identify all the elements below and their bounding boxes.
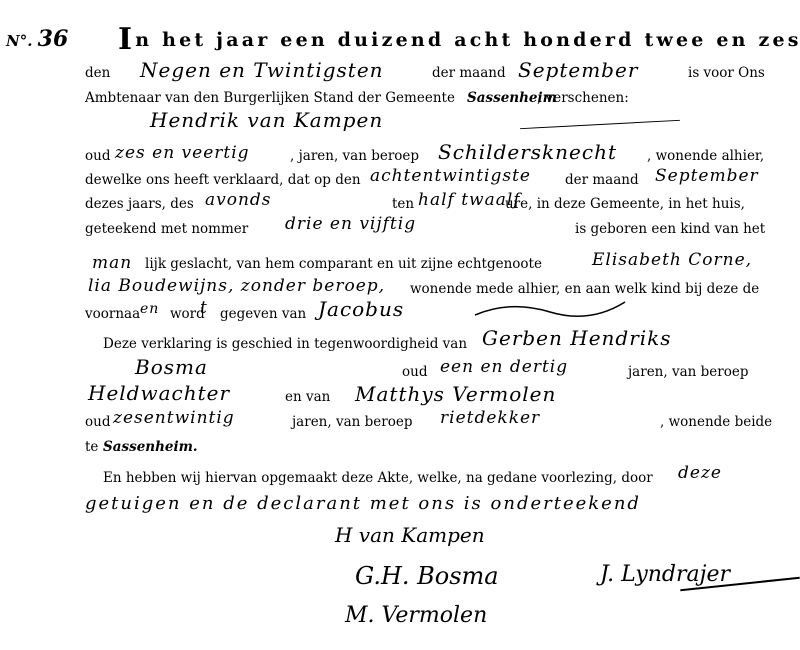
printed-den: den — [85, 65, 110, 81]
handwritten-witness1-occupation: Heldwachter — [88, 381, 230, 405]
printed-jaren-beroep-3: jaren, van beroep — [292, 414, 412, 430]
printed-voornaam: voornaa — [85, 306, 140, 322]
printed-wonende-beide: , wonende beide — [660, 414, 772, 430]
printed-deze-verklaring: Deze verklaring is geschied in tegenwoor… — [103, 336, 467, 352]
printed-oud: oud — [85, 148, 110, 164]
handwritten-declarant-age: zes en veertig — [115, 143, 250, 163]
title-text: n het jaar een duizend acht honderd twee… — [135, 29, 800, 51]
printed-geslacht: lijk geslacht, van hem comparant en uit … — [145, 256, 542, 272]
document-title: In het jaar een duizend acht honderd twe… — [118, 22, 800, 57]
record-number: N°. 36 — [6, 26, 68, 52]
signature-witness1: G.H. Bosma — [355, 562, 499, 590]
handwritten-mother-name-cont: lia Boudewijns, zonder beroep, — [88, 276, 385, 296]
printed-oud-3: oud — [85, 414, 110, 430]
flourish — [470, 300, 630, 320]
municipality-name-2: Sassenheim. — [103, 439, 198, 455]
printed-wonende-mede: wonende mede alhier, en aan welk kind bi… — [410, 281, 759, 297]
printed-verschenen: , verschenen: — [537, 90, 629, 106]
printed-jaren-beroep: , jaren, van beroep — [290, 148, 419, 164]
handwritten-witness2-age: zesentwintig — [113, 408, 235, 428]
handwritten-birth-month: September — [655, 166, 759, 186]
title-initial: I — [118, 22, 135, 57]
signature-witness2: M. Vermolen — [345, 603, 487, 628]
handwritten-closing: getuigen en de declarant met ons is onde… — [85, 493, 641, 514]
handwritten-house-number: drie en vijftig — [285, 214, 416, 234]
printed-is-geboren: is geboren een kind van het — [575, 221, 765, 237]
printed-ure-gemeente: ure, in deze Gemeente, in het huis, — [505, 196, 745, 212]
handwritten-mother-name: Elisabeth Corne, — [592, 250, 752, 270]
handwritten-witness1-surname: Bosma — [135, 355, 208, 379]
printed-der-maand: der maand — [432, 65, 506, 81]
handwritten-sex: man — [92, 253, 132, 273]
handwritten-birth-day: achtentwintigste — [370, 166, 531, 186]
printed-jaren-beroep-2: jaren, van beroep — [628, 364, 748, 380]
handwritten-deze: deze — [678, 463, 722, 483]
signature-official: J. Lyndrajer — [600, 562, 730, 587]
printed-te: te — [85, 439, 98, 455]
printed-dewelke: dewelke ons heeft verklaard, dat op den — [85, 172, 361, 188]
handwritten-declarant-occupation: Schildersknecht — [438, 140, 617, 164]
signature-declarant: H van Kampen — [335, 523, 485, 547]
printed-en-hebben: En hebben wij hiervan opgemaakt deze Akt… — [103, 470, 653, 486]
printed-gegeven-van: gegeven van — [220, 306, 306, 322]
handwritten-witness1-name: Gerben Hendriks — [482, 326, 672, 350]
printed-ten: ten — [392, 196, 414, 212]
printed-der-maand-2: der maand — [565, 172, 639, 188]
handwritten-day: Negen en Twintigsten — [140, 58, 384, 82]
handwritten-en: en — [140, 301, 159, 317]
handwritten-witness2-name: Matthys Vermolen — [355, 382, 556, 406]
printed-geteekend: geteekend met nommer — [85, 221, 248, 237]
printed-dezes-jaars: dezes jaars, des — [85, 196, 194, 212]
handwritten-witness2-occupation: rietdekker — [440, 408, 540, 428]
printed-en-van: en van — [285, 389, 330, 405]
printed-is-voor-ons: is voor Ons — [688, 65, 765, 81]
record-number-label: N°. — [6, 32, 32, 50]
printed-wonende-alhier: , wonende alhier, — [647, 148, 764, 164]
handwritten-declarant-name: Hendrik van Kampen — [150, 108, 383, 132]
handwritten-month: September — [518, 58, 638, 82]
record-number-value: 36 — [38, 26, 69, 52]
printed-oud-2: oud — [402, 364, 427, 380]
printed-ambtenaar: Ambtenaar van den Burgerlijken Stand der… — [85, 90, 455, 106]
handwritten-witness1-age: een en dertig — [440, 357, 568, 377]
fill-line — [520, 120, 680, 129]
handwritten-t: t — [200, 298, 208, 318]
handwritten-time-of-day: avonds — [205, 190, 272, 210]
handwritten-child-name: Jacobus — [318, 297, 404, 321]
